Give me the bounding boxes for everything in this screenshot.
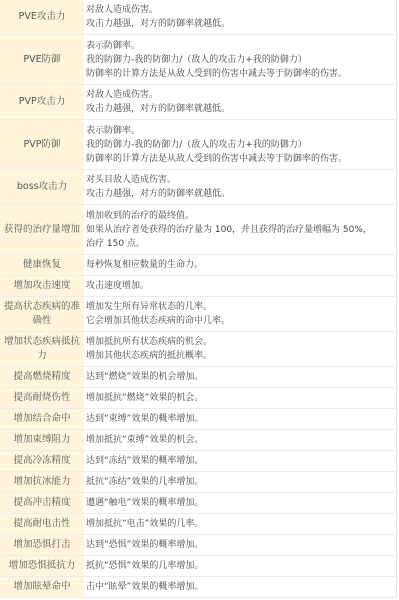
stat-name: PVP攻击力 (0, 85, 84, 120)
table-row: 提高冲击精度 遭遇“触电”效果的概率增加。 (0, 493, 397, 514)
stat-description: 对敌人造成伤害。 攻击力越强，对方的防御率就越低。 (84, 0, 397, 35)
table-row: 增加束缚阻力 增加抵抗“束缚”效果的机会。 (0, 430, 397, 451)
description-line: 达到“束缚”效果的概率增加。 (86, 412, 392, 426)
description-line: 攻击力越强，对方的防御率就越低。 (86, 17, 392, 31)
table-row: 增加恐惧抵抗力 抵抗“恐惧”效果的几率增加。 (0, 556, 397, 577)
description-line: 增加其他状态疾病的抵抗概率。 (86, 349, 392, 363)
stat-name: 提高冷冻精度 (0, 451, 84, 472)
description-line: 遭遇“触电”效果的概率增加。 (86, 496, 392, 510)
description-line: 每秒恢复相应数量的生命力。 (86, 258, 392, 272)
stat-name: 增加状态疾病抵抗力 (0, 332, 84, 367)
stat-description: 表示防御率。 我的防御力-我的防御力/（敌人的攻击力+我的防御力） 防御率的计算… (84, 120, 397, 170)
table-row: 增加攻击速度 攻击速度增加。 (0, 276, 397, 297)
stat-name: boss攻击力 (0, 170, 84, 205)
stat-description: 增加抵抗“燃烧”效果的机会。 (84, 388, 397, 409)
stat-description: 增加抵抗“束缚”效果的机会。 (84, 430, 397, 451)
stat-name: 获得的治疗量增加 (0, 205, 84, 255)
table-row: 获得的治疗量增加 增加收到的治疗的最终值。 如果从治疗者处获得的治疗量为 100… (0, 205, 397, 255)
stat-name: PVE攻击力 (0, 0, 84, 35)
table-row: PVE防御 表示防御率。 我的防御力-我的防御力/（敌人的攻击力+我的防御力） … (0, 35, 397, 85)
stat-description: 增加收到的治疗的最终值。 如果从治疗者处获得的治疗量为 100，并且获得的治疗量… (84, 205, 397, 255)
table-row: PVE攻击力 对敌人造成伤害。 攻击力越强，对方的防御率就越低。 (0, 0, 397, 35)
stat-description: 每秒恢复相应数量的生命力。 (84, 255, 397, 276)
stat-name: 增加眩晕命中 (0, 577, 84, 598)
description-line: 对敌人造成伤害。 (86, 3, 392, 17)
description-line: 它会增加其他状态疾病的命中几率。 (86, 314, 392, 328)
stat-name: PVP防御 (0, 120, 84, 170)
description-line: 抵抗“恐惧”效果的几率增加。 (86, 559, 392, 573)
table-row: PVP攻击力 对敌人造成伤害。 攻击力越强，对方的防御率就越低。 (0, 85, 397, 120)
description-line: 如果从治疗者处获得的治疗量为 100，并且获得的治疗量增幅为 50%， (86, 223, 392, 237)
description-line: 攻击速度增加。 (86, 279, 392, 293)
stat-name: 提高耐电击性 (0, 514, 84, 535)
description-line: 防御率的计算方法是从敌人受到的伤害中减去等于防御率的伤害。 (86, 67, 392, 81)
table-row: 提高耐烧伤性 增加抵抗“燃烧”效果的机会。 (0, 388, 397, 409)
description-line: 抵抗“冻结”效果的几率增加。 (86, 475, 392, 489)
description-line: 增加发生所有异常状态的几率。 (86, 300, 392, 314)
stat-description: 对头目敌人造成伤害。 攻击力越强，对方的防御率就越低。 (84, 170, 397, 205)
table-row: 提高耐电击性 增加抵抗“电击”效果的几率。 (0, 514, 397, 535)
table-row: boss攻击力 对头目敌人造成伤害。 攻击力越强，对方的防御率就越低。 (0, 170, 397, 205)
description-line: 对敌人造成伤害。 (86, 88, 392, 102)
table-row: 增加状态疾病抵抗力 增加抵抗所有状态疾病的机会。 增加其他状态疾病的抵抗概率。 (0, 332, 397, 367)
description-line: 攻击力越强，对方的防御率就越低。 (86, 102, 392, 116)
description-line: 我的防御力-我的防御力/（敌人的攻击力+我的防御力） (86, 138, 392, 152)
stat-description: 达到“燃烧”效果的机会增加。 (84, 367, 397, 388)
table-row: 增加眩晕命中 击中“眩晕”效果的概率增加。 (0, 577, 397, 598)
stat-description: 增加发生所有异常状态的几率。 它会增加其他状态疾病的命中几率。 (84, 297, 397, 332)
description-line: 达到“燃烧”效果的机会增加。 (86, 370, 392, 384)
stat-name: 增加攻击速度 (0, 276, 84, 297)
stat-name: 健康恢复 (0, 255, 84, 276)
stat-description: 攻击速度增加。 (84, 276, 397, 297)
stat-description: 达到“恐惧”效果的概率增加。 (84, 535, 397, 556)
description-line: 对头目敌人造成伤害。 (86, 173, 392, 187)
table-row: 提高冷冻精度 达到“冻结”效果的概率增加。 (0, 451, 397, 472)
description-line: 治疗 150 点。 (86, 237, 392, 251)
stat-description-table: PVE攻击力 对敌人造成伤害。 攻击力越强，对方的防御率就越低。 PVE防御 表… (0, 0, 397, 598)
table-row: PVP防御 表示防御率。 我的防御力-我的防御力/（敌人的攻击力+我的防御力） … (0, 120, 397, 170)
description-line: 表示防御率。 (86, 39, 392, 53)
table-row: 健康恢复 每秒恢复相应数量的生命力。 (0, 255, 397, 276)
table-body: PVE攻击力 对敌人造成伤害。 攻击力越强，对方的防御率就越低。 PVE防御 表… (0, 0, 397, 598)
table-row: 增加抗冰能力 抵抗“冻结”效果的几率增加。 (0, 472, 397, 493)
description-line: 增加抵抗所有状态疾病的机会。 (86, 335, 392, 349)
table-row: 提高燃烧精度 达到“燃烧”效果的机会增加。 (0, 367, 397, 388)
description-line: 增加收到的治疗的最终值。 (86, 209, 392, 223)
description-line: 达到“恐惧”效果的概率增加。 (86, 538, 392, 552)
stat-name: 增加束缚阻力 (0, 430, 84, 451)
table-row: 增加恐惧打击 达到“恐惧”效果的概率增加。 (0, 535, 397, 556)
description-line: 增加抵抗“束缚”效果的机会。 (86, 433, 392, 447)
stat-description: 达到“束缚”效果的概率增加。 (84, 409, 397, 430)
description-line: 达到“冻结”效果的概率增加。 (86, 454, 392, 468)
stat-name: PVE防御 (0, 35, 84, 85)
table-row: 提高状态疾病的准确性 增加发生所有异常状态的几率。 它会增加其他状态疾病的命中几… (0, 297, 397, 332)
stat-name: 增加结合命中 (0, 409, 84, 430)
stat-description: 抵抗“恐惧”效果的几率增加。 (84, 556, 397, 577)
stat-description: 增加抵抗所有状态疾病的机会。 增加其他状态疾病的抵抗概率。 (84, 332, 397, 367)
description-line: 增加抵抗“电击”效果的几率。 (86, 517, 392, 531)
stat-name: 提高冲击精度 (0, 493, 84, 514)
stat-description: 达到“冻结”效果的概率增加。 (84, 451, 397, 472)
stat-name: 增加恐惧打击 (0, 535, 84, 556)
stat-name: 提高状态疾病的准确性 (0, 297, 84, 332)
stat-name: 增加恐惧抵抗力 (0, 556, 84, 577)
description-line: 攻击力越强，对方的防御率就越低。 (86, 187, 392, 201)
stat-description: 击中“眩晕”效果的概率增加。 (84, 577, 397, 598)
description-line: 我的防御力-我的防御力/（敌人的攻击力+我的防御力） (86, 53, 392, 67)
stat-description: 增加抵抗“电击”效果的几率。 (84, 514, 397, 535)
description-line: 增加抵抗“燃烧”效果的机会。 (86, 391, 392, 405)
description-line: 击中“眩晕”效果的概率增加。 (86, 580, 392, 594)
stat-description: 抵抗“冻结”效果的几率增加。 (84, 472, 397, 493)
stat-name: 提高耐烧伤性 (0, 388, 84, 409)
stat-description: 表示防御率。 我的防御力-我的防御力/（敌人的攻击力+我的防御力） 防御率的计算… (84, 35, 397, 85)
description-line: 防御率的计算方法是从敌人受到的伤害中减去等于防御率的伤害。 (86, 152, 392, 166)
table-row: 增加结合命中 达到“束缚”效果的概率增加。 (0, 409, 397, 430)
stat-name: 提高燃烧精度 (0, 367, 84, 388)
description-line: 表示防御率。 (86, 124, 392, 138)
stat-description: 对敌人造成伤害。 攻击力越强，对方的防御率就越低。 (84, 85, 397, 120)
stat-name: 增加抗冰能力 (0, 472, 84, 493)
stat-description: 遭遇“触电”效果的概率增加。 (84, 493, 397, 514)
